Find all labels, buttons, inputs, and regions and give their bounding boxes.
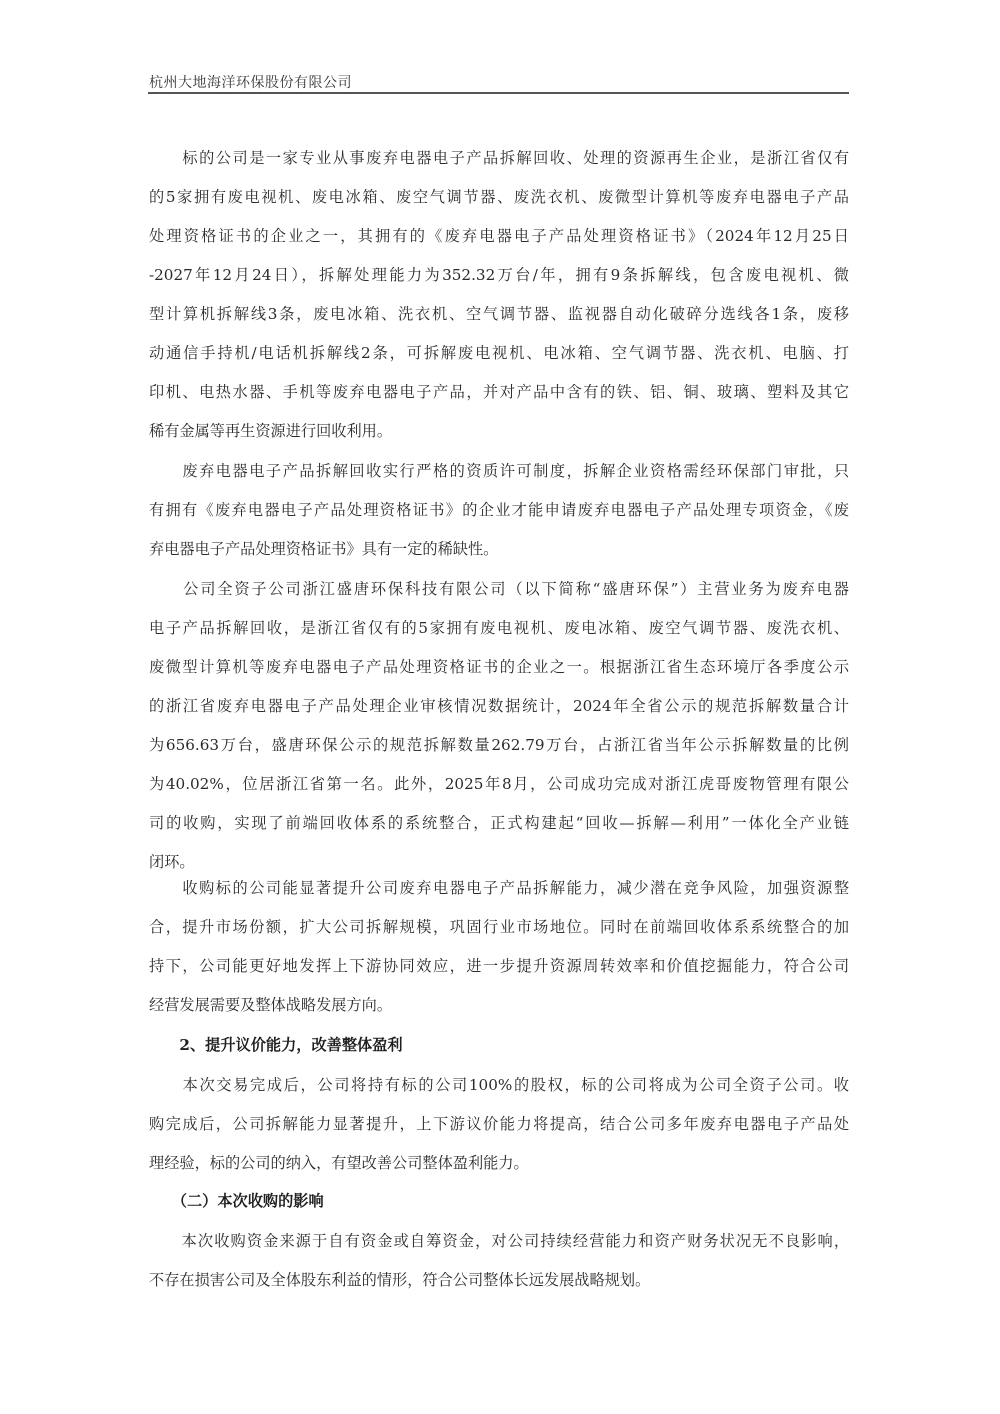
text-line: 司的收购，实现了前端回收体系的系统整合，正式构建起“回收—拆解—利用”一体化全产… <box>149 813 849 833</box>
text-line: 购完成后，公司拆解能力显著提升，上下游议价能力将提高，结合公司多年废弃电器电子产… <box>149 1114 849 1134</box>
text-line: 稀有金属等再生资源进行回收利用。 <box>149 421 849 441</box>
text-line: 公司全资子公司浙江盛唐环保科技有限公司（以下简称“盛唐环保”）主营业务为废弃电器 <box>149 579 849 599</box>
text-line: 的5家拥有废电视机、废电冰箱、废空气调节器、废洗衣机、废微型计算机等废弃电器电子… <box>149 187 849 207</box>
text-line: 印机、电热水器、手机等废弃电器电子产品，并对产品中含有的铁、铝、铜、玻璃、塑料及… <box>149 382 849 402</box>
text-line: 型计算机拆解线3条，废电冰箱、洗衣机、空气调节器、监视器自动化破碎分选线各1条，… <box>149 304 849 324</box>
text-line: 收购标的公司能显著提升公司废弃电器电子产品拆解能力，减少潜在竞争风险，加强资源整 <box>149 878 849 898</box>
text-line: 电子产品拆解回收，是浙江省仅有的5家拥有废电视机、废电冰箱、废空气调节器、废洗衣… <box>149 618 849 638</box>
text-line: 本次收购资金来源于自有资金或自筹资金，对公司持续经营能力和资产财务状况无不良影响… <box>149 1231 849 1251</box>
text-line: 弃电器电子产品处理资格证书》具有一定的稀缺性。 <box>149 539 849 559</box>
section-heading-bargaining-power: 2、提升议价能力，改善整体盈利 <box>149 1035 849 1055</box>
text-line: 本次交易完成后，公司将持有标的公司100%的股权，标的公司将成为公司全资子公司。… <box>149 1075 849 1095</box>
text-line: 闭环。 <box>149 852 849 872</box>
company-name: 杭州大地海洋环保股份有限公司 <box>149 72 849 92</box>
text-line: 的浙江省废弃电器电子产品处理企业审核情况数据统计，2024年全省公示的规范拆解数… <box>149 696 849 716</box>
text-line: 标的公司是一家专业从事废弃电器电子产品拆解回收、处理的资源再生企业，是浙江省仅有 <box>149 148 849 168</box>
text-line: 持下，公司能更好地发挥上下游协同效应，进一步提升资源周转效率和价值挖掘能力，符合… <box>149 956 849 976</box>
section-heading-acquisition-impact: （二）本次收购的影响 <box>149 1191 849 1211</box>
header-divider <box>148 92 849 94</box>
text-line: 有拥有《废弃电器电子产品处理资格证书》的企业才能申请废弃电器电子产品处理专项资金… <box>149 500 849 520</box>
text-line: 合，提升市场份额，扩大公司拆解规模，巩固行业市场地位。同时在前端回收体系系统整合… <box>149 917 849 937</box>
text-line: 经营发展需要及整体战略发展方向。 <box>149 995 849 1015</box>
text-line: 处理资格证书的企业之一，其拥有的《废弃电器电子产品处理资格证书》（2024年12… <box>149 226 849 246</box>
text-line: 为40.02%，位居浙江省第一名。此外，2025年8月，公司成功完成对浙江虎哥废… <box>149 774 849 794</box>
text-line: 理经验，标的公司的纳入，有望改善公司整体盈利能力。 <box>149 1153 849 1173</box>
text-line: 动通信手持机/电话机拆解线2条，可拆解废电视机、电冰箱、空气调节器、洗衣机、电脑… <box>149 343 849 363</box>
text-line: -2027年12月24日），拆解处理能力为352.32万台/年，拥有9条拆解线，… <box>149 265 849 285</box>
text-line: 废微型计算机等废弃电器电子产品处理资格证书的企业之一。根据浙江省生态环境厅各季度… <box>149 657 849 677</box>
text-line: 为656.63万台，盛唐环保公示的规范拆解数量262.79万台，占浙江省当年公示… <box>149 735 849 755</box>
text-line: 不存在损害公司及全体股东利益的情形，符合公司整体长远发展战略规划。 <box>149 1270 849 1290</box>
text-line: 废弃电器电子产品拆解回收实行严格的资质许可制度，拆解企业资格需经环保部门审批，只 <box>149 461 849 481</box>
